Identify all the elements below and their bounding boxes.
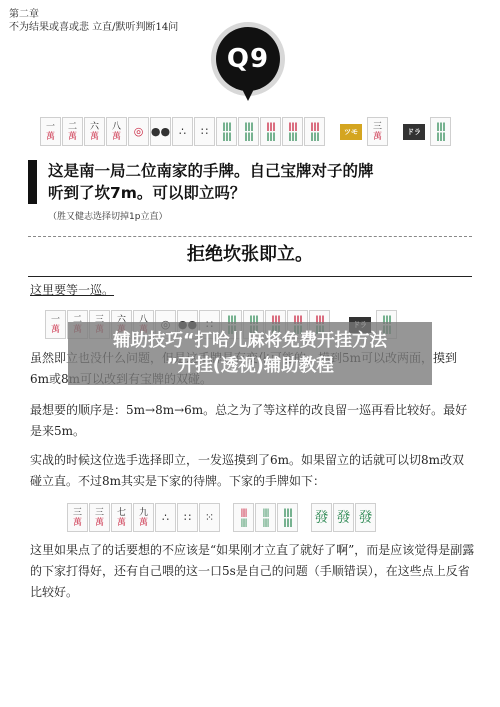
tile-7m: 七萬 xyxy=(111,503,132,532)
hand-tiles-row: 一萬 二萬 六萬 八萬 ◎ ●● ∴ ∷ ‖‖‖‖‖‖ ‖‖‖‖‖‖ ‖‖‖‖‖… xyxy=(40,117,452,146)
question-number: Q9 xyxy=(227,44,269,74)
overlay-line-2: ”开挂(透视)辅助教程 xyxy=(166,354,334,379)
tile-green-dragon: 發 xyxy=(333,503,354,532)
tile-4s: ‖‖‖‖ xyxy=(255,503,276,532)
tile-5s: ‖‖‖‖ xyxy=(233,503,254,532)
question-note: （胜又健志选择切掉1p立直） xyxy=(48,209,167,222)
page-header: 第二章 不为结果或喜或悲 立直/默听判断14问 xyxy=(9,8,178,34)
tile-8m: 八萬 xyxy=(106,117,127,146)
tile-green-dragon: 發 xyxy=(311,503,332,532)
tile-1p: ◎ xyxy=(128,117,149,146)
tile-3m: 三萬 xyxy=(67,503,88,532)
tile-3m: 三萬 xyxy=(89,503,110,532)
tsumo-label: ツモ xyxy=(340,124,362,140)
tile-1m: 一萬 xyxy=(45,310,66,339)
chapter-subtitle: 不为结果或喜或悲 立直/默听判断14问 xyxy=(9,21,178,34)
overlay-line-1: 辅助技巧“打哈儿麻将免费开挂方法 xyxy=(113,329,387,354)
solid-divider xyxy=(28,276,472,277)
paragraph-4: 这里如果点了的话要想的不应该是“如果刚才立直了就好了啊”，而是应该觉得是副露的下… xyxy=(30,540,476,603)
dora-label: ドラ xyxy=(403,124,425,140)
tsumo-tile-3m: 三萬 xyxy=(367,117,388,146)
question-text: 这是南一局二位南家的手牌。自己宝牌对子的牌 听到了坎7m。可以即立吗？ xyxy=(28,160,374,204)
question-line-1: 这是南一局二位南家的手牌。自己宝牌对子的牌 xyxy=(48,160,374,182)
section-title: 这里要等一巡。 xyxy=(30,281,114,298)
tile-5p: ⁙ xyxy=(199,503,220,532)
shimocha-hand-row: 三萬 三萬 七萬 九萬 ∴ ∷ ⁙ ‖‖‖‖ ‖‖‖‖ ‖‖‖‖‖‖ 發 發 發 xyxy=(67,503,377,532)
tile-6m: 六萬 xyxy=(84,117,105,146)
tile-6s: ‖‖‖‖‖‖ xyxy=(277,503,298,532)
dashed-divider xyxy=(28,236,472,237)
tile-green-dragon: 發 xyxy=(355,503,376,532)
tile-3p: ∴ xyxy=(172,117,193,146)
tile-9m: 九萬 xyxy=(133,503,154,532)
dora-tile-6s: ‖‖‖‖‖‖ xyxy=(430,117,451,146)
tile-9s: ‖‖‖‖‖‖ xyxy=(260,117,281,146)
tile-3p: ∴ xyxy=(155,503,176,532)
tile-4p: ∷ xyxy=(194,117,215,146)
tile-4p: ∷ xyxy=(177,503,198,532)
tile-2m: 二萬 xyxy=(62,117,83,146)
question-badge: Q9 xyxy=(216,27,280,91)
tile-2p: ●● xyxy=(150,117,171,146)
paragraph-3: 实战的时候这位选手选择即立，一发巡摸到了6m。如果留立的话就可以切8m改双碰立直… xyxy=(30,450,476,492)
answer-title: 拒绝坎张即立。 xyxy=(0,242,500,268)
tile-9s: ‖‖‖‖‖‖ xyxy=(304,117,325,146)
paragraph-2: 最想要的顺序是：5m→8m→6m。总之为了等这样的改良留一巡再看比较好。最好是来… xyxy=(30,400,476,442)
tile-6s: ‖‖‖‖‖‖ xyxy=(216,117,237,146)
tile-9s: ‖‖‖‖‖‖ xyxy=(282,117,303,146)
watermark-overlay: 辅助技巧“打哈儿麻将免费开挂方法 ”开挂(透视)辅助教程 xyxy=(68,322,432,385)
chapter-label: 第二章 xyxy=(9,8,178,21)
tile-6s: ‖‖‖‖‖‖ xyxy=(238,117,259,146)
tile-1m: 一萬 xyxy=(40,117,61,146)
question-line-2: 听到了坎7m。可以即立吗？ xyxy=(48,182,374,204)
